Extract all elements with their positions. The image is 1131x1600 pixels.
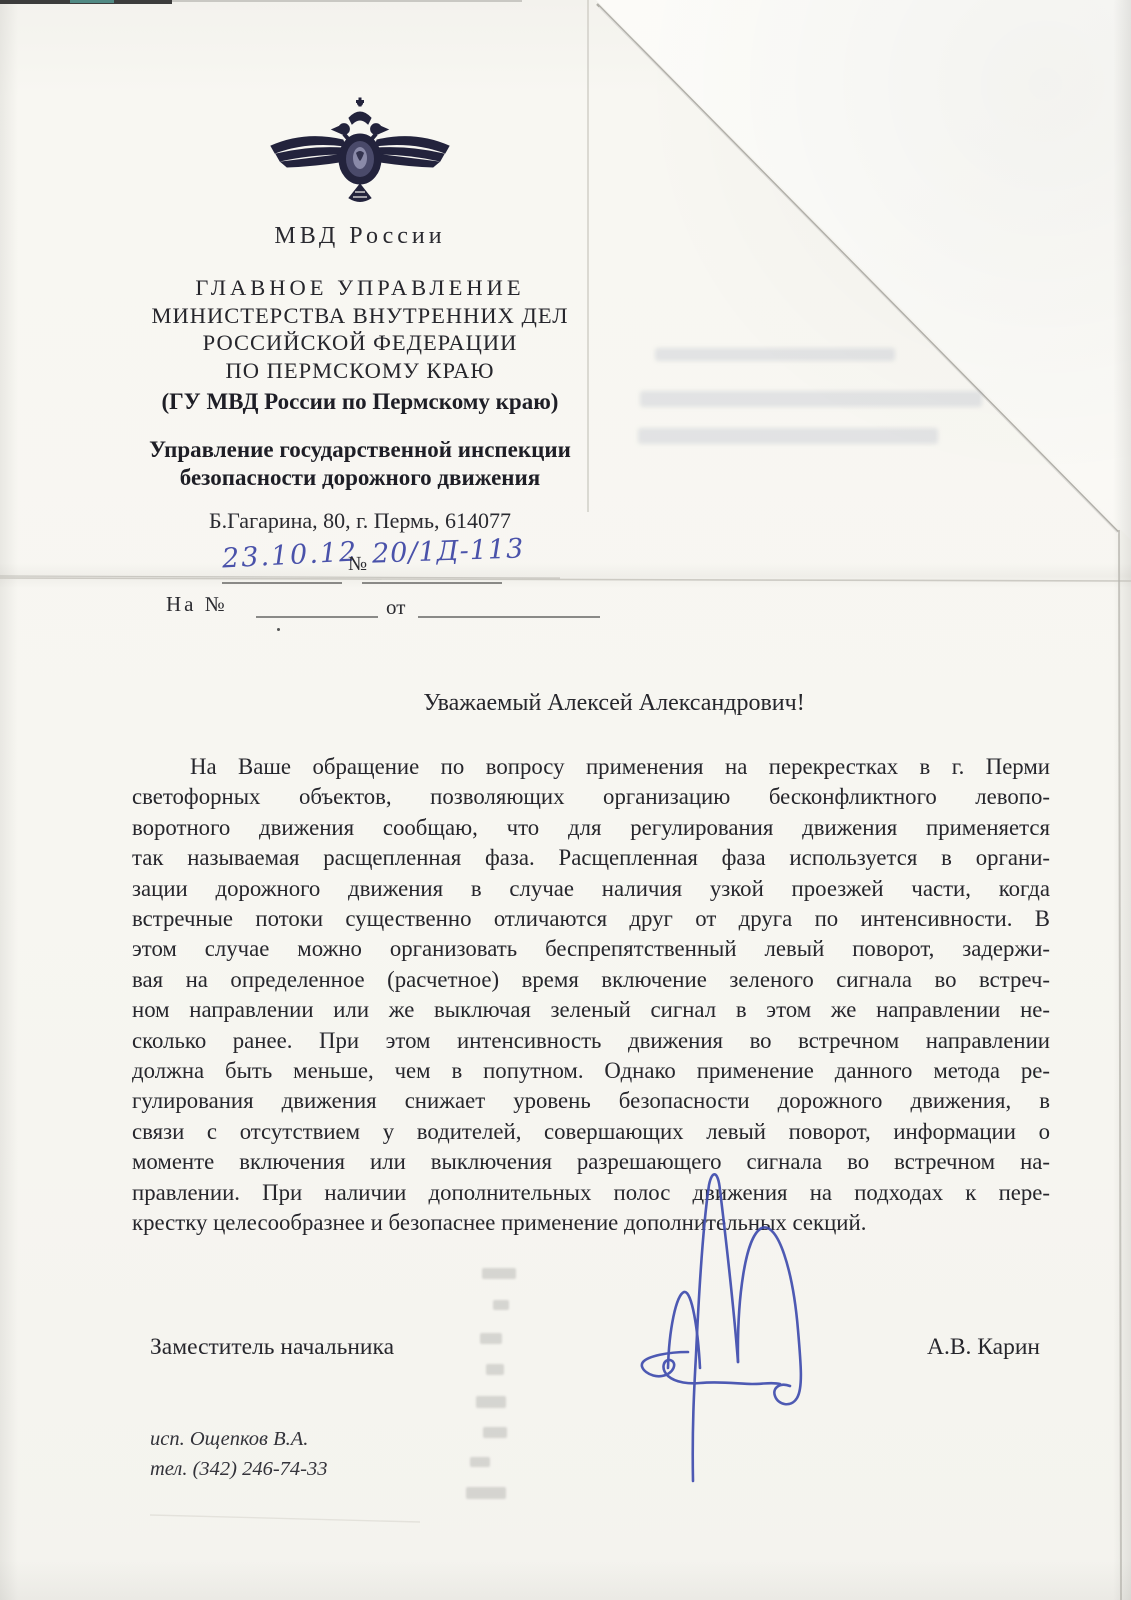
bleed-through-mark [482,1268,516,1279]
org-name-line: ГЛАВНОЕ УПРАВЛЕНИЕ [115,274,605,302]
letter-body-line: встречные потоки существенно отличаются … [132,904,1050,934]
reply-date-label: от [386,595,405,620]
letter-body-line: зации дорожного движения в случае наличи… [132,874,1050,904]
letter-body-line: вая на определенное (расчетное) время вк… [132,965,1050,995]
footer-block: исп. Ощепков В.А. тел. (342) 246-74-33 [150,1424,328,1484]
letter-body-line: крестку целесообразнее и безопаснее прим… [132,1208,1050,1238]
reference-block: 23.10.12 № 20/1Д-113 На № от [150,538,630,638]
salutation: Уважаемый Алексей Александрович! [132,690,1072,717]
blank-line [362,582,502,584]
blank-line [418,616,600,618]
signer-name: А.В. Карин [927,1334,1040,1361]
signer-position: Заместитель начальника [150,1334,394,1361]
scanner-edge-artifact [172,0,522,2]
blank-line [222,582,342,584]
letter-body-line: связи с отсутствием у водителей, соверша… [132,1117,1050,1147]
mvd-double-headed-eagle-emblem [267,96,453,206]
ministry-name: МВД России [115,223,605,250]
handwritten-date: 23.10.12 [221,536,359,574]
letter-body-line: светофорных объектов, позволяющих органи… [132,782,1050,812]
bleed-through-mark [466,1487,506,1499]
bleed-through-text [640,391,982,407]
signoff-row: Заместитель начальника А.В. Карин [150,1334,1040,1361]
bleed-through-text [655,348,895,361]
bleed-through-mark [483,1427,507,1438]
org-name-line: МИНИСТЕРСТВА ВНУТРЕННИХ ДЕЛ [115,302,605,330]
executor-phone: тел. (342) 246-74-33 [150,1454,328,1484]
blank-line [256,616,378,618]
letter-body-line: гулирования движения снижает уровень без… [132,1086,1050,1116]
letter-body-line: моменте включения или выключения разреша… [132,1147,1050,1177]
letter-body: На Ваше обращение по вопросу применения … [132,752,1050,1239]
bleed-through-text [638,428,938,444]
org-short-name: (ГУ МВД России по Пермскому краю) [115,389,605,415]
division-name: Управление государственной инспекциибезо… [115,436,605,491]
scanned-letter-page: МВД России ГЛАВНОЕ УПРАВЛЕНИЕМИНИСТЕРСТВ… [0,0,1131,1600]
letterhead: МВД России ГЛАВНОЕ УПРАВЛЕНИЕМИНИСТЕРСТВ… [115,96,605,534]
bleed-through-mark [486,1364,504,1375]
division-name-line: Управление государственной инспекции [115,436,605,464]
number-sign: № [348,553,367,576]
org-name-line: РОССИЙСКОЙ ФЕДЕРАЦИИ [115,329,605,357]
page-edge-shadow [0,0,18,1600]
bleed-through-mark [470,1457,490,1467]
ink-speck [277,628,280,631]
scanner-edge-artifact [70,0,114,3]
letter-body-line: этом случае можно организовать беспрепят… [132,934,1050,964]
bleed-through-mark [476,1396,506,1408]
executor-name: исп. Ощепков В.А. [150,1424,328,1454]
letter-body-line: ном направлении или же выключая зеленый … [132,995,1050,1025]
letter-body-line: На Ваше обращение по вопросу применения … [132,752,1050,782]
org-address: Б.Гагарина, 80, г. Пермь, 614077 [115,508,605,534]
letter-body-line: так называемая расщепленная фаза. Расщеп… [132,843,1050,873]
handwritten-outgoing-number: 20/1Д-113 [372,533,525,569]
letter-body-line: должна быть меньше, чем в попутном. Одна… [132,1056,1050,1086]
org-name-line: ПО ПЕРМСКОМУ КРАЮ [115,357,605,385]
letter-body-line: правлении. При наличии дополнительных по… [132,1178,1050,1208]
letter-body-line: воротного движения сообщаю, что для регу… [132,813,1050,843]
reply-number-label: На № [166,592,228,617]
bleed-through-mark [493,1300,509,1310]
letter-body-line: сколько ранее. При этом интенсивность дв… [132,1026,1050,1056]
division-name-line: безопасности дорожного движения [115,464,605,492]
org-full-name: ГЛАВНОЕ УПРАВЛЕНИЕМИНИСТЕРСТВА ВНУТРЕННИ… [115,274,605,384]
page-edge-shadow [0,1560,1131,1600]
